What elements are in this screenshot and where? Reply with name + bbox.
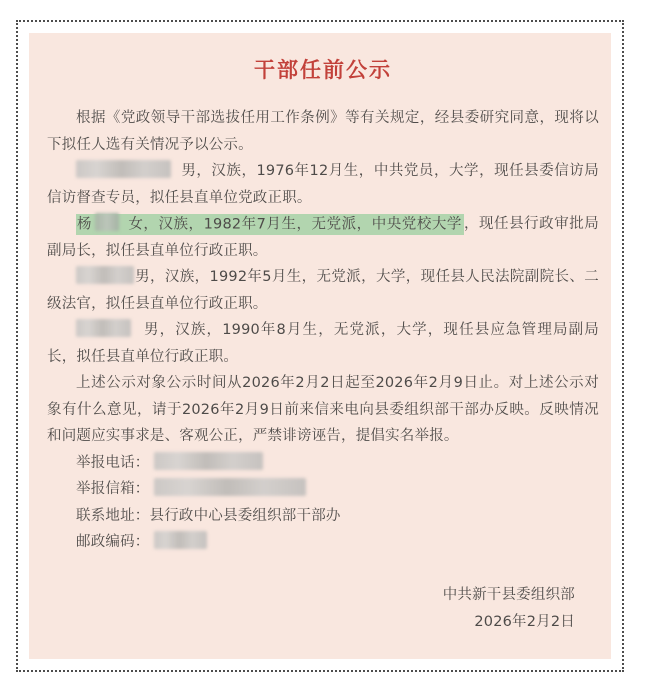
redacted-phone-blur	[154, 452, 263, 470]
report-phone-label: 举报电话：	[76, 455, 150, 471]
publish-date: 2026年2月2日	[47, 609, 575, 636]
candidate-2-highlight-text: 女，汉族，1982年7月生，无党派，中央党校大学	[128, 216, 462, 232]
contact-address-line: 联系地址：县行政中心县委组织部干部办	[47, 503, 599, 530]
contact-address-label: 联系地址：	[76, 508, 150, 524]
notice-text: 上述公示对象公示时间从2026年2月2日起至2026年2月9日止。对上述公示对象…	[47, 375, 599, 444]
redacted-name-blur	[76, 160, 171, 178]
page-title: 干部任前公示	[47, 55, 599, 85]
postal-code-line: 邮政编码：	[47, 529, 599, 556]
report-phone-line: 举报电话：	[47, 450, 599, 477]
redacted-mailbox-blur	[154, 478, 306, 496]
dotted-border-frame: 干部任前公示 根据《党政领导干部选拔任用工作条例》等有关规定，经县委研究同意，现…	[16, 20, 624, 672]
candidate-2-surname: 杨	[77, 216, 92, 232]
redacted-postal-blur	[154, 531, 207, 549]
redacted-name-blur	[76, 319, 131, 337]
candidate-paragraph-3: 男，汉族，1992年5月生，无党派，大学，现任县人民法院副院长、二级法官，拟任县…	[47, 264, 599, 317]
announcement-paper: 干部任前公示 根据《党政领导干部选拔任用工作条例》等有关规定，经县委研究同意，现…	[29, 33, 611, 659]
candidate-paragraph-1: 男，汉族，1976年12月生，中共党员，大学，现任县委信访局信访督查专员，拟任县…	[47, 158, 599, 211]
candidate-paragraph-4: 男，汉族，1990年8月生，无党派，大学，现任县应急管理局副局长，拟任县直单位行…	[47, 317, 599, 370]
postal-code-label: 邮政编码：	[76, 534, 150, 550]
report-mailbox-label: 举报信箱：	[76, 481, 150, 497]
candidate-paragraph-2-highlighted: 杨女，汉族，1982年7月生，无党派，中央党校大学，现任县行政审批局副局长，拟任…	[47, 211, 599, 264]
redacted-name-blur	[95, 213, 119, 231]
intro-paragraph: 根据《党政领导干部选拔任用工作条例》等有关规定，经县委研究同意，现将以下拟任人选…	[47, 105, 599, 158]
announcement-content: 干部任前公示 根据《党政领导干部选拔任用工作条例》等有关规定，经县委研究同意，现…	[29, 33, 611, 659]
signature-block: 中共新干县委组织部 2026年2月2日	[47, 582, 599, 635]
redacted-name-blur	[76, 266, 134, 284]
highlight-mark: 杨女，汉族，1982年7月生，无党派，中央党校大学	[76, 214, 464, 235]
report-mailbox-line: 举报信箱：	[47, 476, 599, 503]
issuer-signature: 中共新干县委组织部	[47, 582, 575, 609]
contact-address-value: 县行政中心县委组织部干部办	[150, 508, 341, 524]
notice-paragraph: 上述公示对象公示时间从2026年2月2日起至2026年2月9日止。对上述公示对象…	[47, 370, 599, 450]
intro-text: 根据《党政领导干部选拔任用工作条例》等有关规定，经县委研究同意，现将以下拟任人选…	[47, 110, 599, 153]
